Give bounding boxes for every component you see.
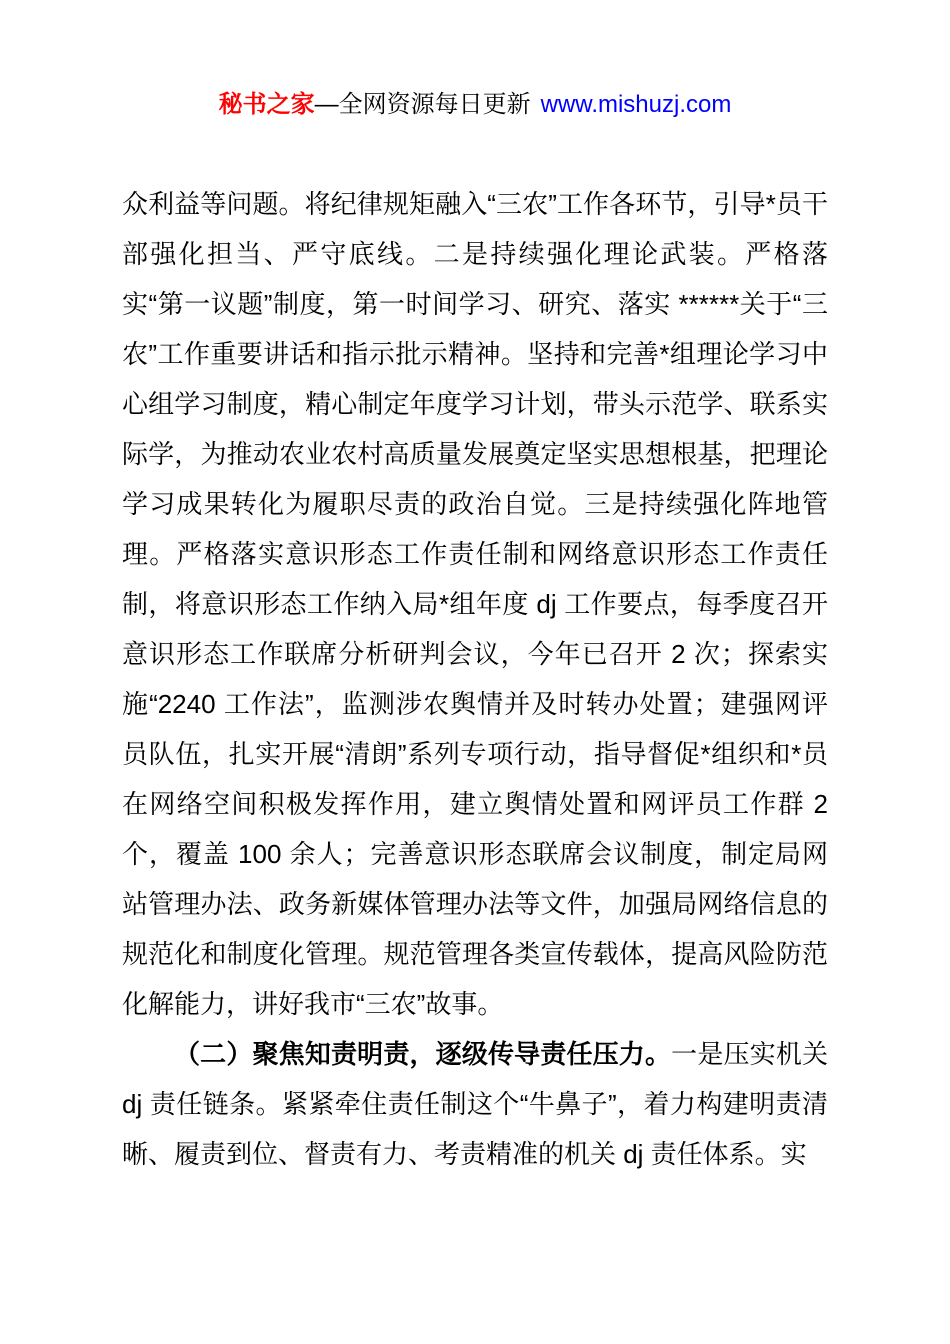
paragraph-section-2-heading: （二）聚焦知责明责，逐级传导责任压力。 bbox=[174, 1039, 671, 1069]
header-dash: — bbox=[315, 91, 339, 118]
site-url-link[interactable]: www.mishuzj.com bbox=[541, 91, 732, 118]
paragraph-section-2: （二）聚焦知责明责，逐级传导责任压力。一是压实机关 dj 责任链条。紧紧牵住责任… bbox=[122, 1029, 828, 1179]
document-page: 秘书之家—全网资源每日更新www.mishuzj.com 众利益等问题。将纪律规… bbox=[0, 0, 950, 1344]
site-name: 秘书之家 bbox=[219, 91, 315, 118]
paragraph-continuation: 众利益等问题。将纪律规矩融入“三农”工作各环节，引导*员干部强化担当、严守底线。… bbox=[122, 179, 828, 1029]
page-header: 秘书之家—全网资源每日更新www.mishuzj.com bbox=[0, 0, 950, 119]
document-body: 众利益等问题。将纪律规矩融入“三农”工作各环节，引导*员干部强化担当、严守底线。… bbox=[122, 179, 828, 1179]
header-tagline: 全网资源每日更新 bbox=[339, 91, 531, 118]
